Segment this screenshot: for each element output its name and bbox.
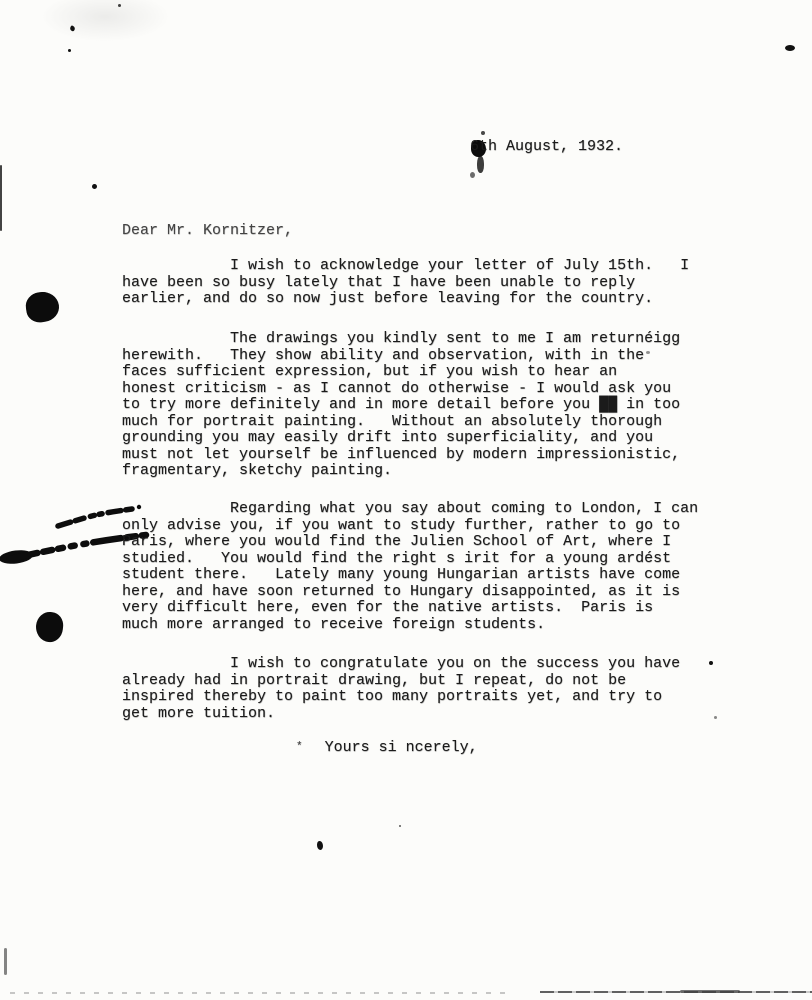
letter-line: I wish to acknowledge your letter of Jul…	[122, 258, 689, 275]
letter-line: faces sufficient expression, but if you …	[122, 364, 680, 381]
letter-line: inspired thereby to paint too many portr…	[122, 689, 680, 706]
letter-line: studied. You would find the right s irit…	[122, 551, 698, 568]
letter-line: already had in portrait drawing, but I r…	[122, 673, 680, 690]
letter-line: student there. Lately many young Hungari…	[122, 567, 698, 584]
date-line: 6th August, 1932.	[470, 139, 623, 156]
closing-mark: *	[296, 741, 303, 753]
paragraph-congratulations: I wish to congratulate you on the succes…	[122, 656, 680, 722]
ink-speck	[69, 25, 76, 32]
ink-blot	[24, 290, 61, 324]
letter-line: I wish to congratulate you on the succes…	[122, 656, 680, 673]
ink-speck	[317, 841, 323, 850]
scan-edge-line	[0, 165, 2, 231]
ink-speck	[714, 716, 717, 719]
letter-line: herewith. They show ability and observat…	[122, 348, 680, 365]
scan-bottom-dash	[680, 990, 740, 993]
paragraph-drawings-criticism: The drawings you kindly sent to me I am …	[122, 331, 680, 480]
ink-speck	[118, 4, 121, 7]
closing-text: Yours si ncerely,	[325, 739, 478, 756]
scan-bottom-line	[540, 991, 812, 993]
ink-speck	[709, 661, 713, 665]
paragraph-london-paris-advice: Regarding what you say about coming to L…	[122, 501, 698, 633]
letter-line: here, and have soon returned to Hungary …	[122, 584, 698, 601]
ink-speck	[92, 184, 97, 189]
letter-line: The drawings you kindly sent to me I am …	[122, 331, 680, 348]
ink-drip	[477, 156, 484, 173]
ink-blot	[35, 611, 65, 644]
scan-bottom-dots	[10, 992, 510, 994]
letter-line: must not let yourself be influenced by m…	[122, 447, 680, 464]
letter-line: honest criticism - as I cannot do otherw…	[122, 381, 680, 398]
ink-speck	[470, 172, 475, 178]
scan-edge-mark	[4, 948, 7, 975]
letter-line: Paris, where you would find the Julien S…	[122, 534, 698, 551]
letter-line: get more tuition.	[122, 706, 680, 723]
paragraph-acknowledge: I wish to acknowledge your letter of Jul…	[122, 258, 689, 308]
letter-line: much more arranged to receive foreign st…	[122, 617, 698, 634]
letter-line: very difficult here, even for the native…	[122, 600, 698, 617]
letter-line: much for portrait painting. Without an a…	[122, 414, 680, 431]
letter-line: grounding you may easily drift into supe…	[122, 430, 680, 447]
letter-line: earlier, and do so now just before leavi…	[122, 291, 689, 308]
scanned-letter-page: 6th August, 1932. Dear Mr. Kornitzer, I …	[0, 0, 812, 1000]
letter-line: to try more definitely and in more detai…	[122, 397, 680, 414]
ink-speck	[481, 131, 485, 135]
letter-line: only advise you, if you want to study fu…	[122, 518, 698, 535]
scan-smudge	[40, 0, 170, 42]
closing: *Yours si ncerely,	[296, 739, 478, 757]
ink-speck	[399, 825, 401, 827]
ink-speck	[68, 49, 71, 52]
salutation: Dear Mr. Kornitzer,	[122, 223, 293, 240]
letter-line: fragmentary, sketchy painting.	[122, 463, 680, 480]
letter-line: Regarding what you say about coming to L…	[122, 501, 698, 518]
letter-line: have been so busy lately that I have bee…	[122, 275, 689, 292]
ink-speck	[785, 45, 795, 51]
